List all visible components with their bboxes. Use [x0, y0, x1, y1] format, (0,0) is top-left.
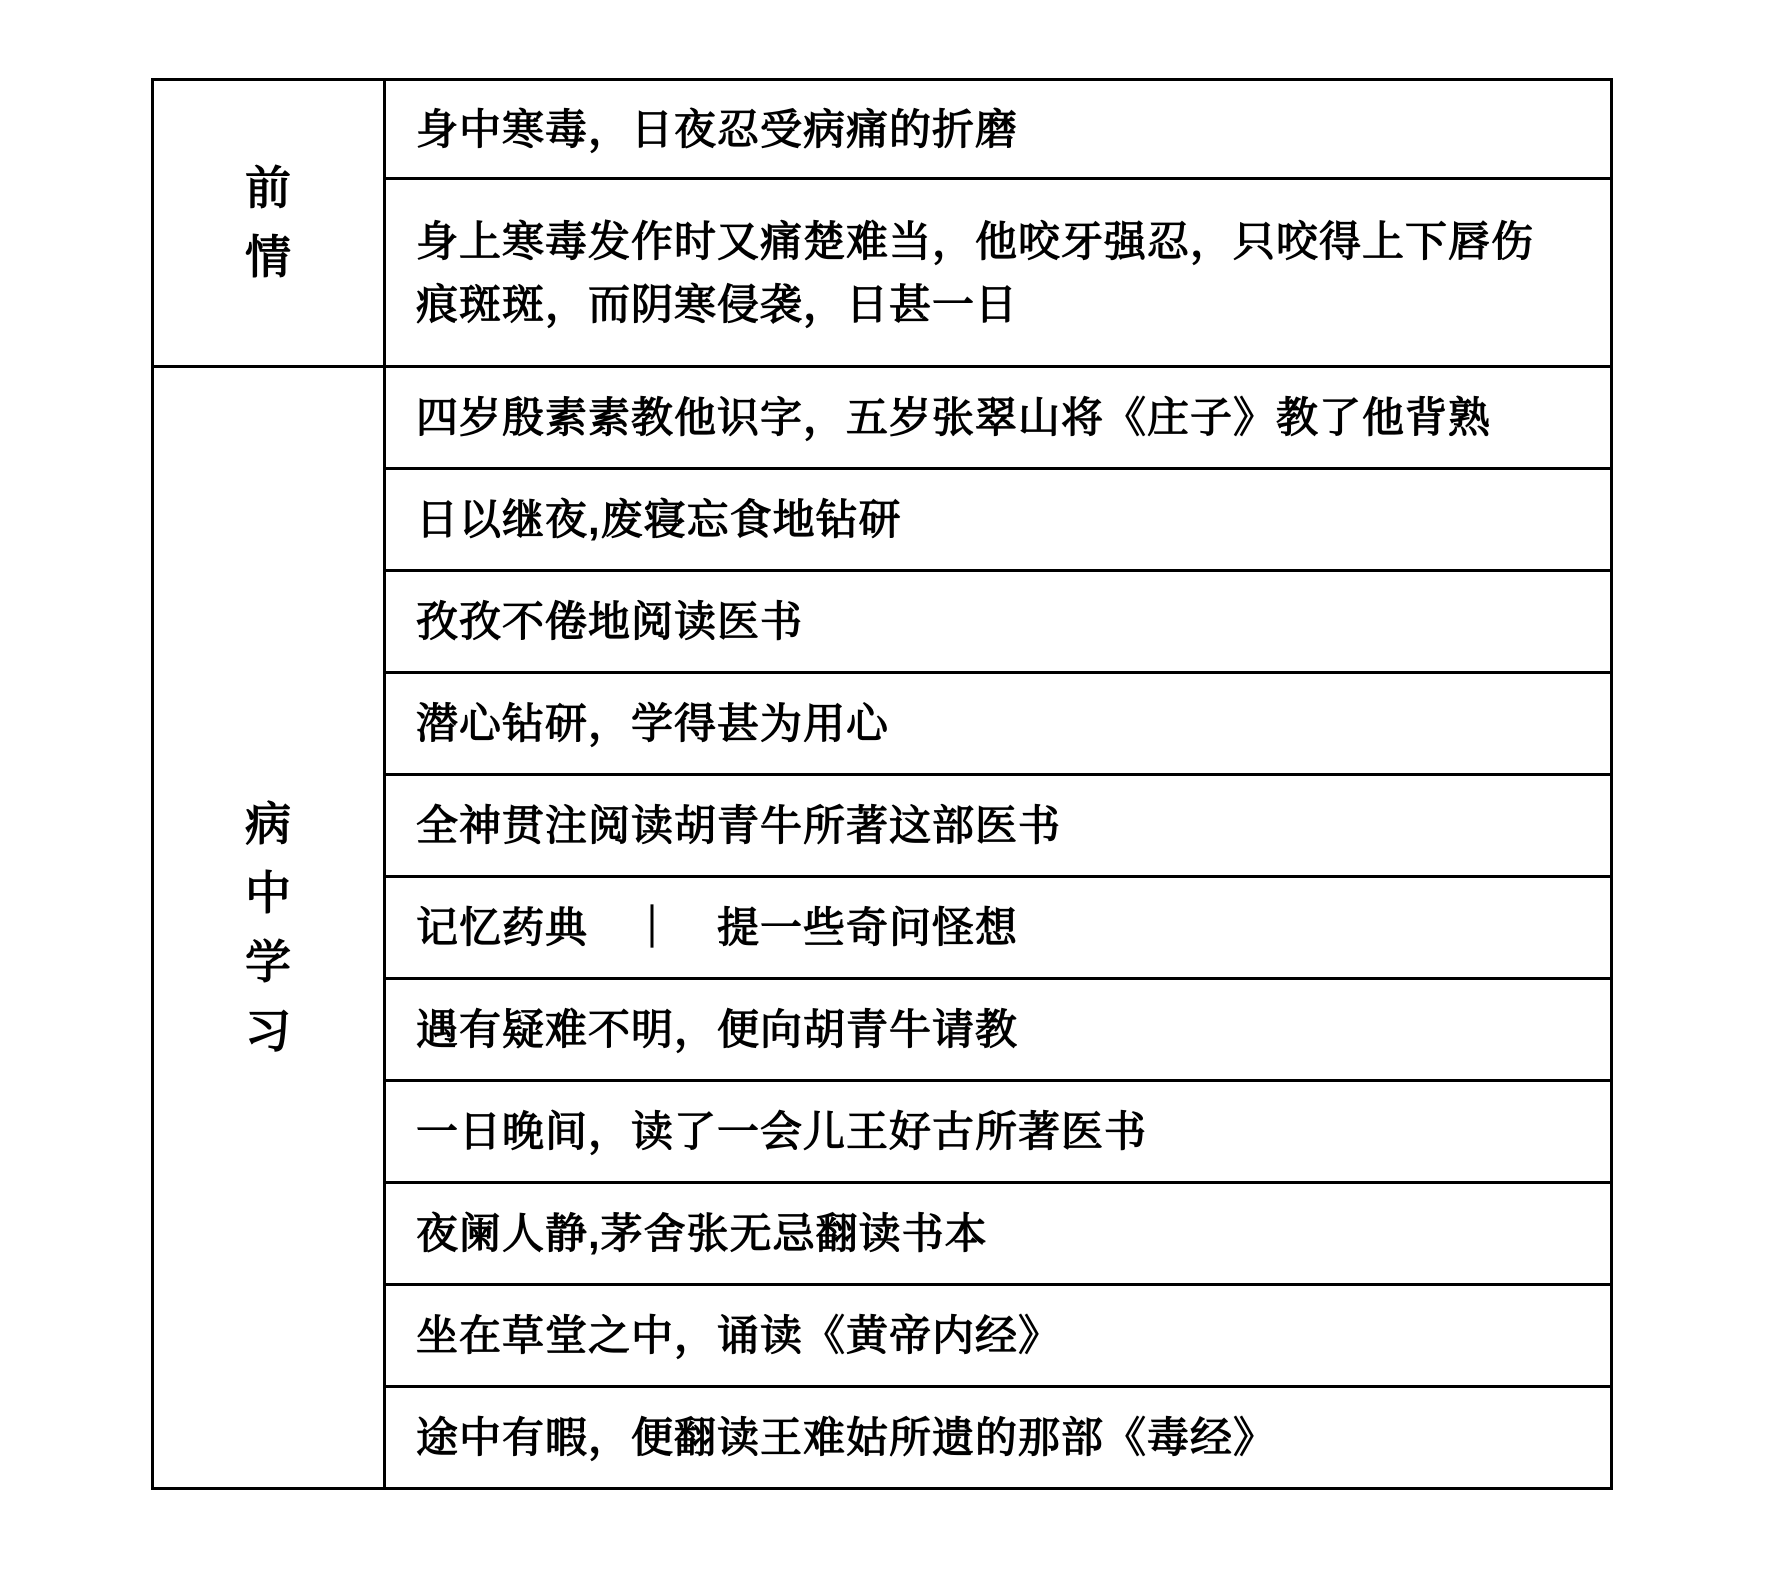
summary-table: 前情 病中学习 身中寒毒，日夜忍受病痛的折磨 身上寒毒发作时又痛楚难当，他咬牙强…: [151, 78, 1613, 1490]
section-label-text: 前情: [223, 154, 315, 292]
table-row: 四岁殷素素教他识字，五岁张翠山将《庄子》教了他背熟: [386, 368, 1610, 467]
table-row: 潜心钻研，学得甚为用心: [386, 674, 1610, 773]
row-text: 日以继夜,废寝忘食地钻研: [416, 488, 902, 551]
row-text: 记忆药典 ｜ 提一些奇问怪想: [416, 896, 1018, 959]
row-text: 坐在草堂之中，诵读《黄帝内经》: [416, 1304, 1061, 1367]
section-label-qianqing: 前情: [154, 81, 383, 365]
table-row: 孜孜不倦地阅读医书: [386, 572, 1610, 671]
row-text: 身中寒毒，日夜忍受病痛的折磨: [416, 98, 1018, 161]
table-row: 遇有疑难不明，便向胡青牛请教: [386, 980, 1610, 1079]
row-text: 遇有疑难不明，便向胡青牛请教: [416, 998, 1018, 1061]
table-row: 记忆药典 ｜ 提一些奇问怪想: [386, 878, 1610, 977]
section-label-bingzhong-xuexi: 病中学习: [154, 368, 383, 1487]
section-label-text: 病中学习: [223, 790, 315, 1066]
table-row: 全神贯注阅读胡青牛所著这部医书: [386, 776, 1610, 875]
table-row: 身上寒毒发作时又痛楚难当，他咬牙强忍，只咬得上下唇伤痕斑斑，而阴寒侵袭，日甚一日: [386, 180, 1610, 365]
row-text: 潜心钻研，学得甚为用心: [416, 692, 889, 755]
row-text: 四岁殷素素教他识字，五岁张翠山将《庄子》教了他背熟: [416, 386, 1491, 449]
row-text: 夜阑人静,茅舍张无忌翻读书本: [416, 1202, 988, 1265]
table-row: 坐在草堂之中，诵读《黄帝内经》: [386, 1286, 1610, 1385]
table-row: 途中有暇，便翻读王难姑所遗的那部《毒经》: [386, 1388, 1610, 1487]
table-row: 一日晚间，读了一会儿王好古所著医书: [386, 1082, 1610, 1181]
page: 前情 病中学习 身中寒毒，日夜忍受病痛的折磨 身上寒毒发作时又痛楚难当，他咬牙强…: [0, 0, 1772, 1576]
row-text: 孜孜不倦地阅读医书: [416, 590, 803, 653]
table-row: 日以继夜,废寝忘食地钻研: [386, 470, 1610, 569]
row-text: 全神贯注阅读胡青牛所著这部医书: [416, 794, 1061, 857]
table-row: 身中寒毒，日夜忍受病痛的折磨: [386, 81, 1610, 177]
row-text: 一日晚间，读了一会儿王好古所著医书: [416, 1100, 1147, 1163]
table-row: 夜阑人静,茅舍张无忌翻读书本: [386, 1184, 1610, 1283]
row-text: 身上寒毒发作时又痛楚难当，他咬牙强忍，只咬得上下唇伤痕斑斑，而阴寒侵袭，日甚一日: [416, 210, 1570, 336]
row-text: 途中有暇，便翻读王难姑所遗的那部《毒经》: [416, 1406, 1276, 1469]
